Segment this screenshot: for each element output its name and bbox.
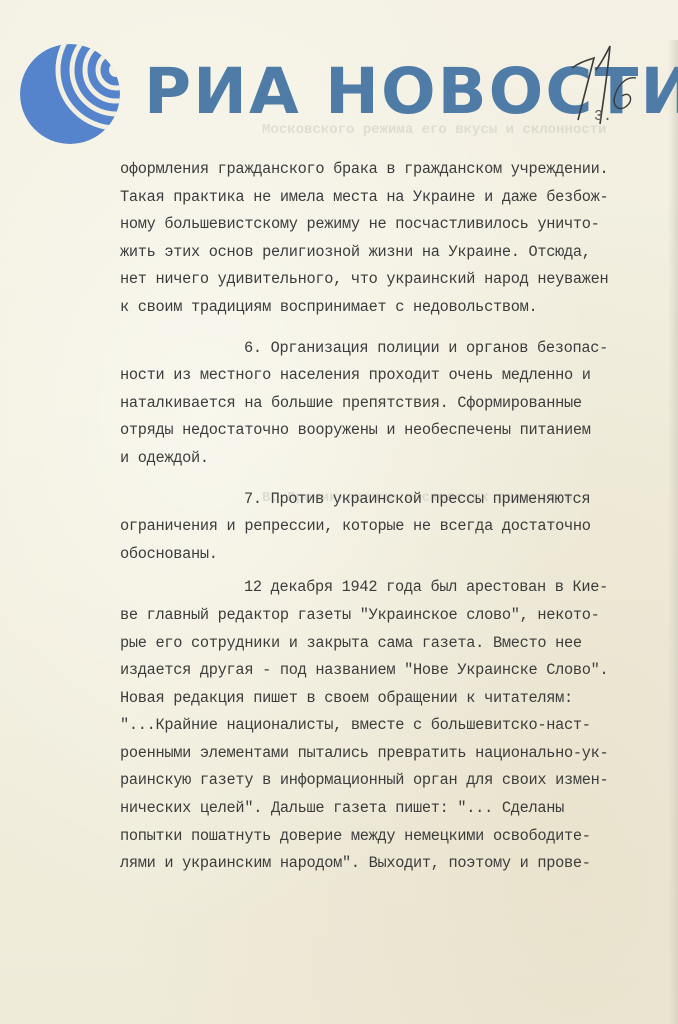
text-line: Такая практика не имела места на Украине… <box>120 184 678 212</box>
text-line: 12 декабря 1942 года был арестован в Кие… <box>120 574 678 602</box>
typewritten-body: оформления гражданского брака в гражданс… <box>120 156 678 878</box>
text-line: обоснованы. <box>120 541 678 569</box>
text-line: ности из местного населения проходит оче… <box>120 362 678 390</box>
text-line: ограничения и репрессии, которые не всег… <box>120 513 678 541</box>
text-line: отряды недостаточно вооружены и необеспе… <box>120 417 678 445</box>
paragraph-7: 7. Против украинской прессы применяются … <box>120 486 678 569</box>
text-line: рые его сотрудники и закрыта сама газета… <box>120 630 678 658</box>
text-line: "...Крайние националисты, вместе с больш… <box>120 712 678 740</box>
text-line: нических целей". Дальше газета пишет: ".… <box>120 795 678 823</box>
text-line: попытки пошатнуть доверие между немецким… <box>120 823 678 851</box>
text-line: наталкивается на большие препятствия. Сф… <box>120 390 678 418</box>
page-number: 3. <box>594 108 612 125</box>
text-line: ве главный редактор газеты "Украинское с… <box>120 602 678 630</box>
text-line: нет ничего удивительного, что украинский… <box>120 266 678 294</box>
text-line: лями и украинским народом". Выходит, поэ… <box>120 850 678 878</box>
text-line: к своим традициям воспринимает с недовол… <box>120 294 678 322</box>
text-line: раинскую газету в информационный орган д… <box>120 767 678 795</box>
paragraph-continuation: оформления гражданского брака в гражданс… <box>120 156 678 322</box>
text-line: жить этих основ религиозной жизни на Укр… <box>120 239 678 267</box>
document-page: Московского режима его вкусы и склонност… <box>0 0 678 1024</box>
text-line: ному большевистскому режиму не посчастли… <box>120 211 678 239</box>
text-line: издается другая - под названием "Нове Ук… <box>120 657 678 685</box>
paragraph-december-1942: 12 декабря 1942 года был арестован в Кие… <box>120 574 678 878</box>
text-line: роенными элементами пытались превратить … <box>120 740 678 768</box>
text-line: 6. Организация полиции и органов безопас… <box>120 335 678 363</box>
globe-icon <box>18 36 128 148</box>
text-line: 7. Против украинской прессы применяются <box>120 486 678 514</box>
text-line: Новая редакция пишет в своем обращении к… <box>120 685 678 713</box>
paragraph-6: 6. Организация полиции и органов безопас… <box>120 335 678 473</box>
text-line: и одеждой. <box>120 445 678 473</box>
text-line: оформления гражданского брака в гражданс… <box>120 156 678 184</box>
